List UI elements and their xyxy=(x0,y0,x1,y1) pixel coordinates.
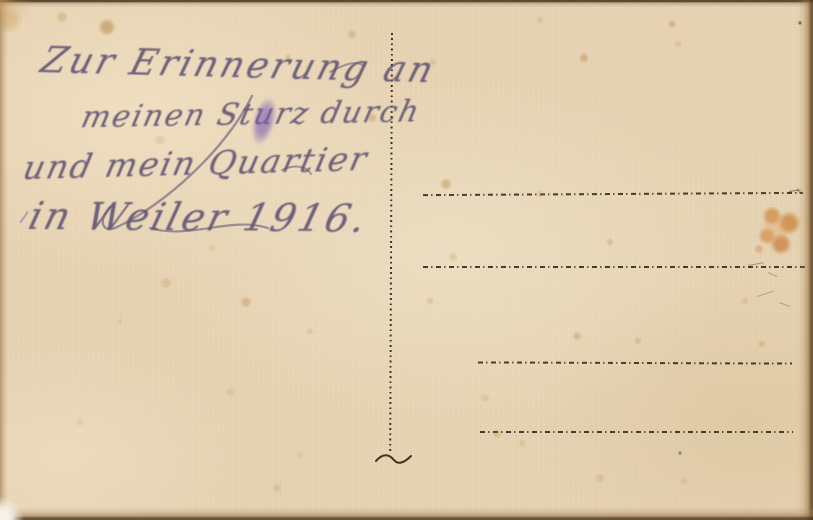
foxing-stain xyxy=(741,297,749,305)
foxing-stain xyxy=(492,429,502,439)
foxing-stain xyxy=(536,190,544,198)
foxing-stain xyxy=(674,40,682,48)
foxing-stain xyxy=(98,18,116,36)
foxing-stain xyxy=(440,178,452,190)
pencil-mark xyxy=(779,302,791,307)
foxing-stain xyxy=(480,393,490,403)
foxing-stain xyxy=(76,418,84,426)
foxing-stain xyxy=(347,29,357,39)
foxing-stain xyxy=(448,252,458,262)
postcard-back: Zur Erinnerung an meinen Sturz durch und… xyxy=(0,0,813,520)
foxing-stain xyxy=(240,296,252,308)
foxing-stain xyxy=(208,244,216,252)
foxing-stain xyxy=(296,451,304,459)
foxing-stain xyxy=(680,477,688,485)
foxing-stain xyxy=(760,215,790,245)
foxing-stain xyxy=(117,318,123,324)
foxing-stain xyxy=(798,21,802,25)
corner-notch-bottom-left xyxy=(0,496,32,520)
pencil-mark xyxy=(757,290,774,297)
foxing-stain xyxy=(426,297,434,305)
handwriting-line-4: in Weiler 1916. xyxy=(24,194,373,241)
pencil-mark xyxy=(768,272,777,277)
foxing-stain xyxy=(758,340,766,348)
foxing-stain xyxy=(536,16,544,24)
foxing-stain xyxy=(160,277,172,289)
corner-wear-top-left xyxy=(0,0,40,50)
foxing-stain xyxy=(754,244,764,254)
foxing-stain xyxy=(606,238,614,246)
foxing-stain xyxy=(56,11,68,23)
foxing-stain xyxy=(306,327,314,335)
foxing-stain xyxy=(572,331,582,341)
foxing-stain xyxy=(225,387,235,397)
foxing-stain xyxy=(579,53,589,63)
foxing-stain xyxy=(678,451,682,455)
pencil-mark xyxy=(748,262,764,266)
foxing-stain xyxy=(595,473,605,483)
foxing-stain xyxy=(634,337,642,345)
foxing-stain xyxy=(272,483,282,493)
foxing-stain xyxy=(518,439,526,447)
foxing-stain xyxy=(668,20,676,28)
scanner-background: Zur Erinnerung an meinen Sturz durch und… xyxy=(0,0,813,520)
